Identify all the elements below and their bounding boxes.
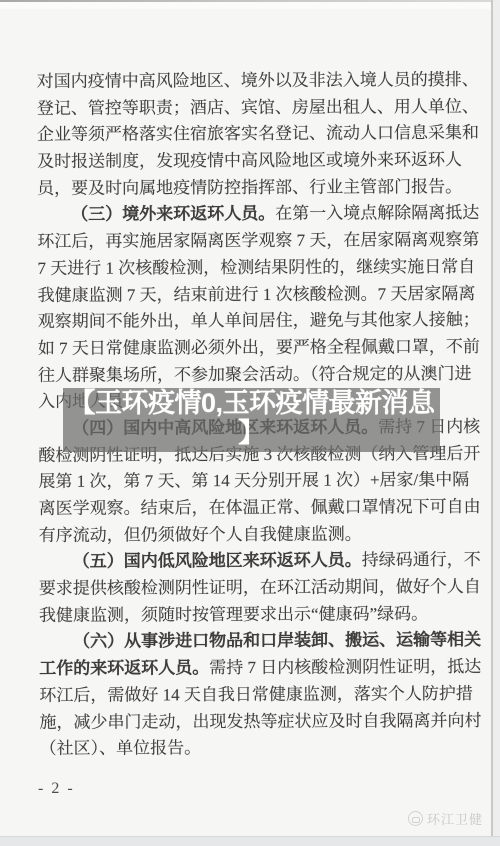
text-line: 展第 1 次，第 7 天、第 14 天分别开展 1 次）+居家/集中隔 xyxy=(38,467,462,496)
text-line: （六）从事涉进口物品和口岸装卸、搬运、运输等相关 xyxy=(39,628,463,657)
text-line: 如 7 天日常健康监测必须外出，要严格全程佩戴口罩，不前 xyxy=(38,334,462,363)
watermark-logo-icon xyxy=(408,811,423,826)
text-line: （五）国内低风险地区来环返环人员。持绿码通行，不 xyxy=(39,547,463,576)
text-line: 7 天进行 1 次核酸检测，检测结果阴性的，继续实施日常自 xyxy=(37,254,461,283)
text-line: 登记、管控等职责；酒店、宾馆、房屋出租人、用人单位、 xyxy=(37,94,461,123)
text-line: 观察期间不能外出，单人单间居住，避免与其他家人接触； xyxy=(38,307,462,336)
text-line: 及时报送制度，发现疫情中高风险地区或境外来环返环人 xyxy=(37,147,461,176)
text-line: 环江后，再实施居家隔离医学观察 7 天，在居家隔离观察第 xyxy=(37,227,461,256)
text-line: 往人群聚集场所，不参加聚会活动。（符合规定的从澳门进 xyxy=(38,361,462,390)
text-line: 企业等须严格落实住宿旅客实名登记、流动人口信息采集和 xyxy=(37,120,461,149)
text-line: 要求提供核酸检测阴性证明，在环江活动期间，做好个人自 xyxy=(39,574,463,603)
page-number: - 2 - xyxy=(38,780,75,798)
text-line: 离医学观察。结束后，在体温正常、佩戴口罩情况下可自由 xyxy=(38,494,462,523)
text-line: 对国内疫情中高风险地区、境外以及非法入境人员的摸排、 xyxy=(37,67,461,96)
text-line: （社区）、单位报告。 xyxy=(40,734,464,763)
text-line: 环江后，需做好 14 天自我日常健康监测，落实个人防护措 xyxy=(39,681,463,710)
text-line: 工作的来环返环人员。需持 7 日内核酸检测阴性证明，抵达 xyxy=(39,654,463,683)
caption-overlay-banner: 【玉环疫情0,玉环疫情最新消息 】 xyxy=(63,388,440,452)
watermark-text: 环江卫健 xyxy=(427,809,483,828)
publisher-watermark: 环江卫健 xyxy=(408,809,483,828)
text-line: 我健康监测，须随时按管理要求出示“健康码”绿码。 xyxy=(39,601,463,630)
text-line: 施，减少串门走动，出现发热等症状应及时自我隔离并向村 xyxy=(39,708,463,737)
page-bottom-strip xyxy=(0,836,500,846)
caption-line-2: 】 xyxy=(63,418,440,448)
text-line: 我健康监测 7 天，结束前进行 1 次核酸检测。7 天居家隔离 xyxy=(38,281,462,310)
document-text-body: 对国内疫情中高风险地区、境外以及非法入境人员的摸排、登记、管控等职责；酒店、宾馆… xyxy=(0,0,500,763)
text-line: 员，要及时向属地疫情防控指挥部、行业主管部门报告。 xyxy=(37,174,461,203)
text-line: 有序流动，但仍须做好个人自我健康监测。 xyxy=(39,521,463,550)
scanned-document-page: 对国内疫情中高风险地区、境外以及非法入境人员的摸排、登记、管控等职责；酒店、宾馆… xyxy=(0,0,500,846)
caption-line-1: 【玉环疫情0,玉环疫情最新消息 xyxy=(63,388,440,418)
text-line: （三）境外来环返环人员。在第一入境点解除隔离抵达 xyxy=(37,201,461,230)
